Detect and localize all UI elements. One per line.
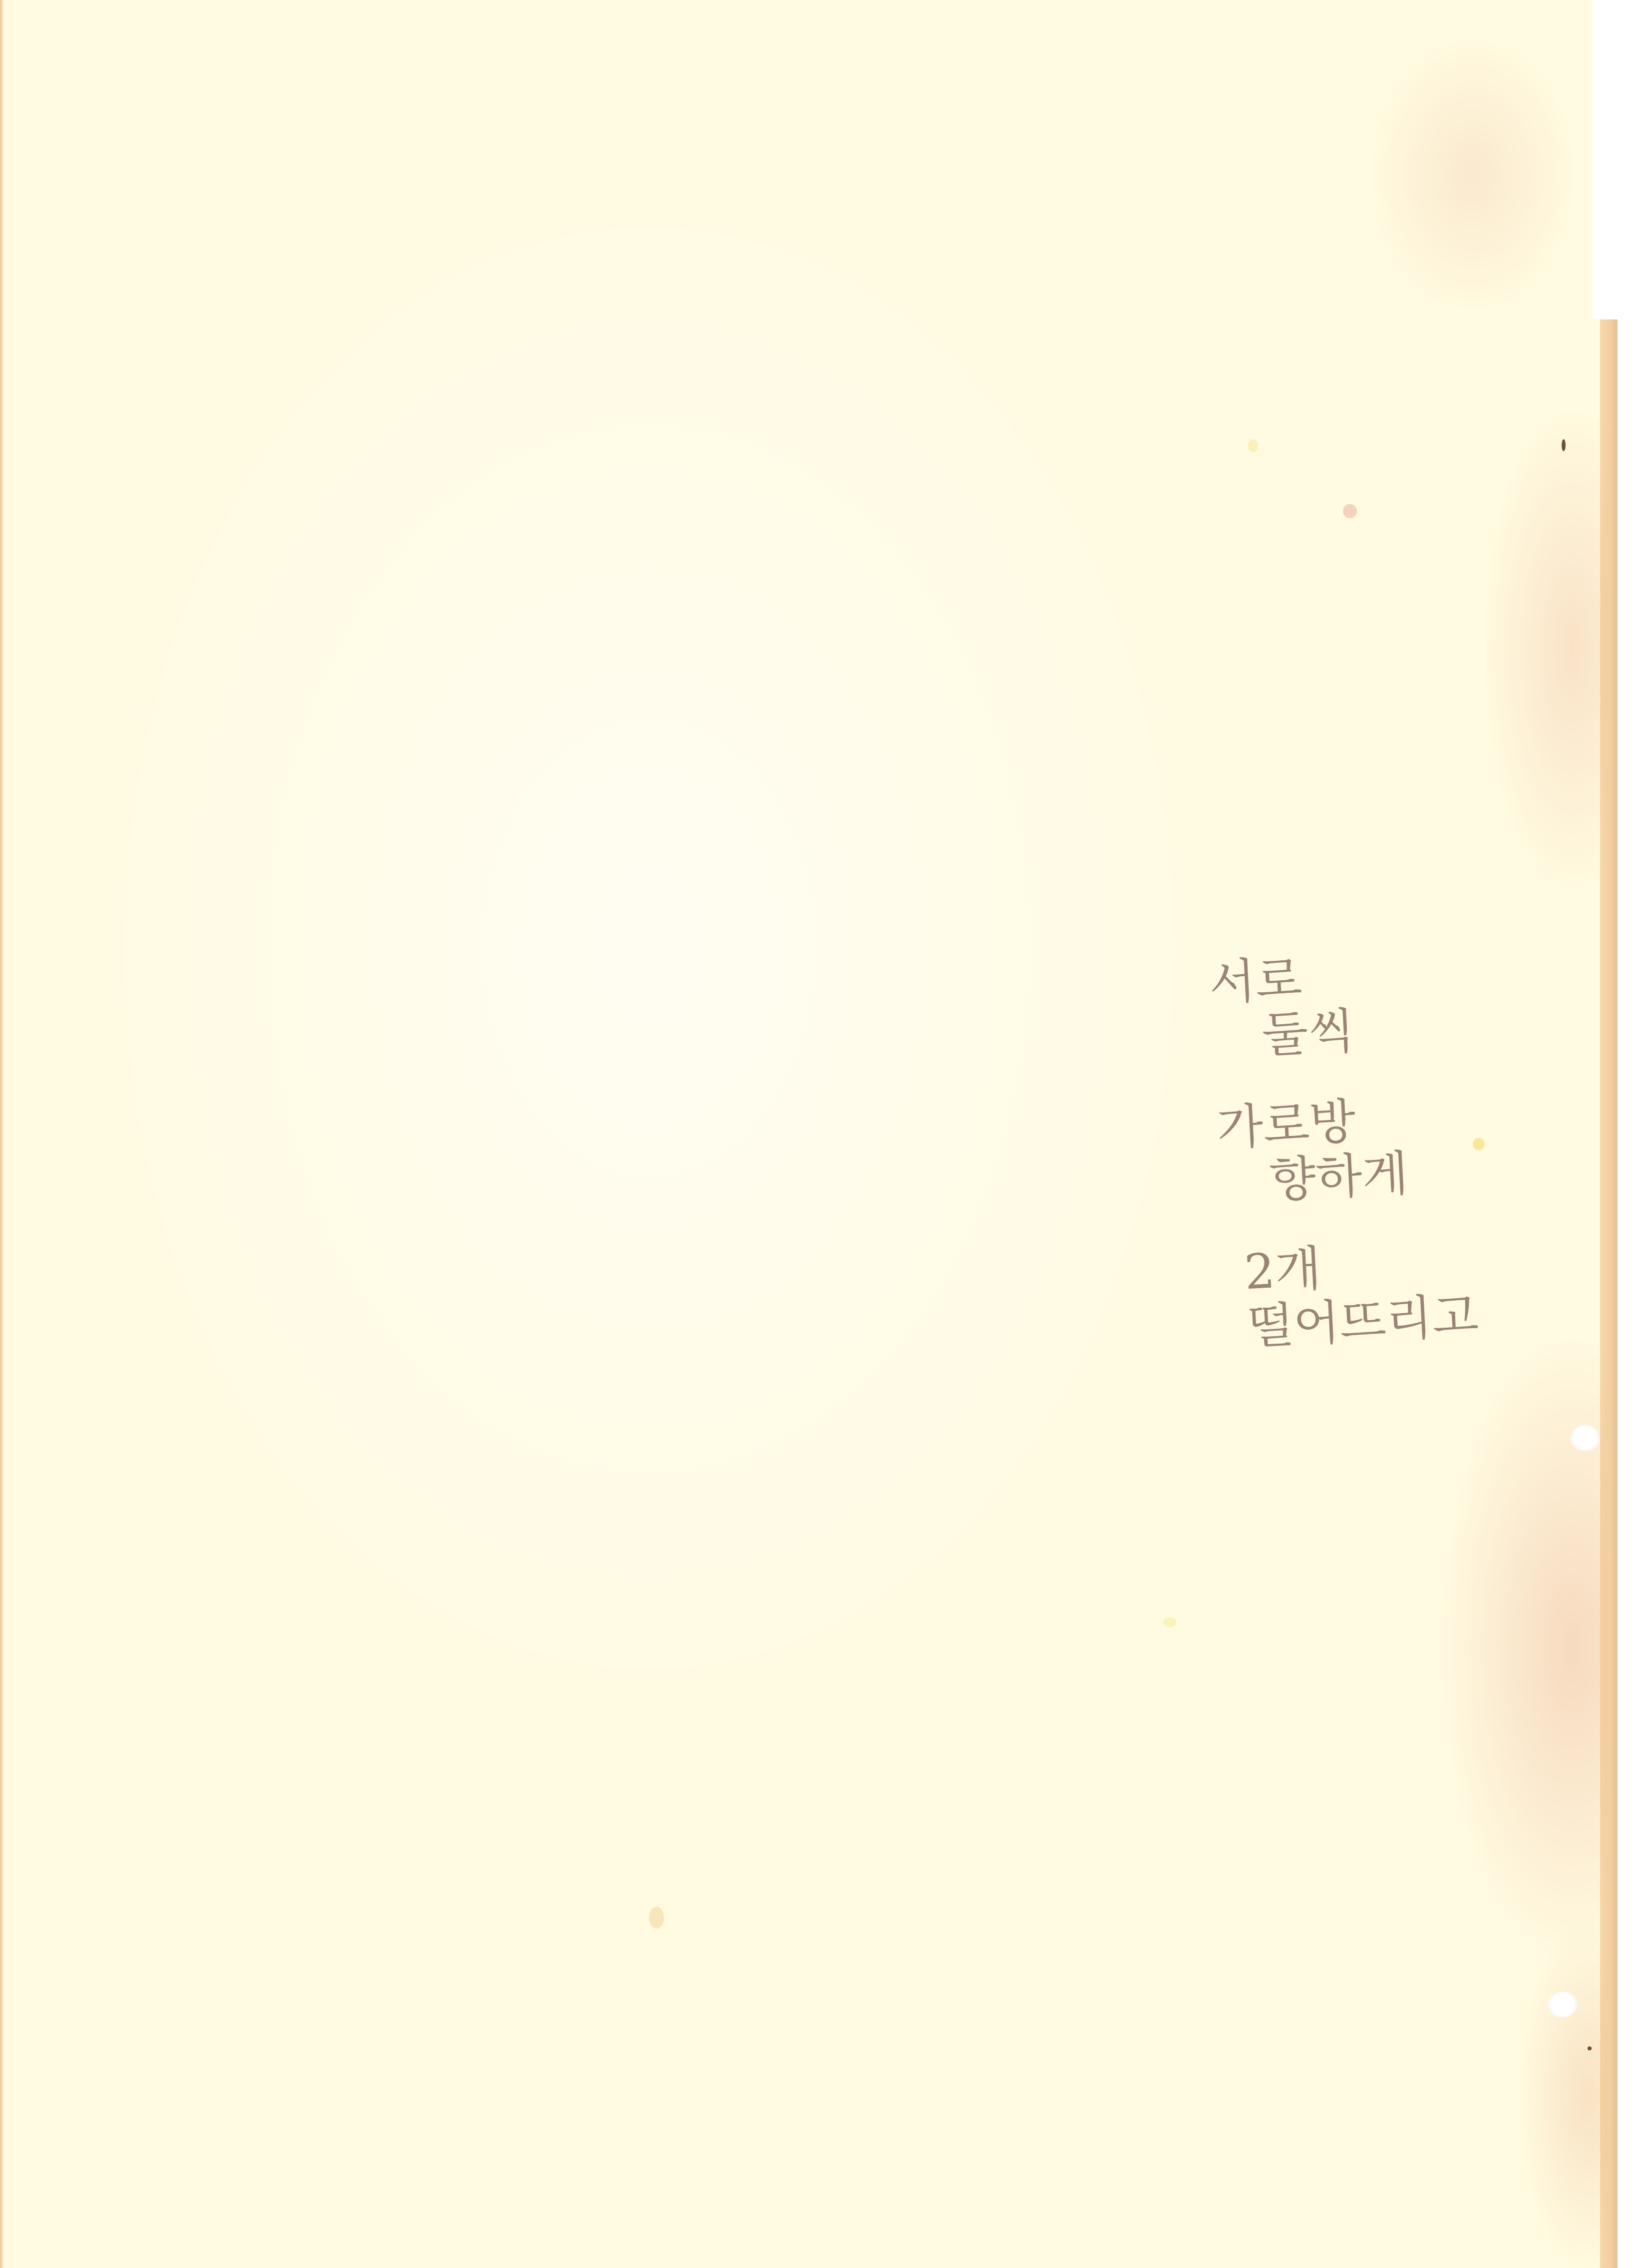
- handwritten-note: 서로 둘씩 가로방 향하게 2개 떨어뜨리고: [1208, 941, 1508, 1356]
- stain-spot: [1163, 1617, 1176, 1627]
- stain-spot: [1248, 439, 1258, 452]
- stain-spot: [1588, 2046, 1592, 2050]
- stain-spot: [649, 1907, 664, 1929]
- scan-background: [1618, 0, 1635, 2268]
- right-paper-edge-stain: [1600, 319, 1618, 2268]
- left-paper-edge: [0, 0, 4, 2268]
- stain-spot: [1562, 439, 1566, 451]
- paper-page: 서로 둘씩 가로방 향하게 2개 떨어뜨리고: [0, 0, 1608, 2268]
- stain-spot: [1343, 504, 1357, 518]
- punch-hole: [1570, 1425, 1600, 1451]
- punch-hole: [1548, 1991, 1578, 2017]
